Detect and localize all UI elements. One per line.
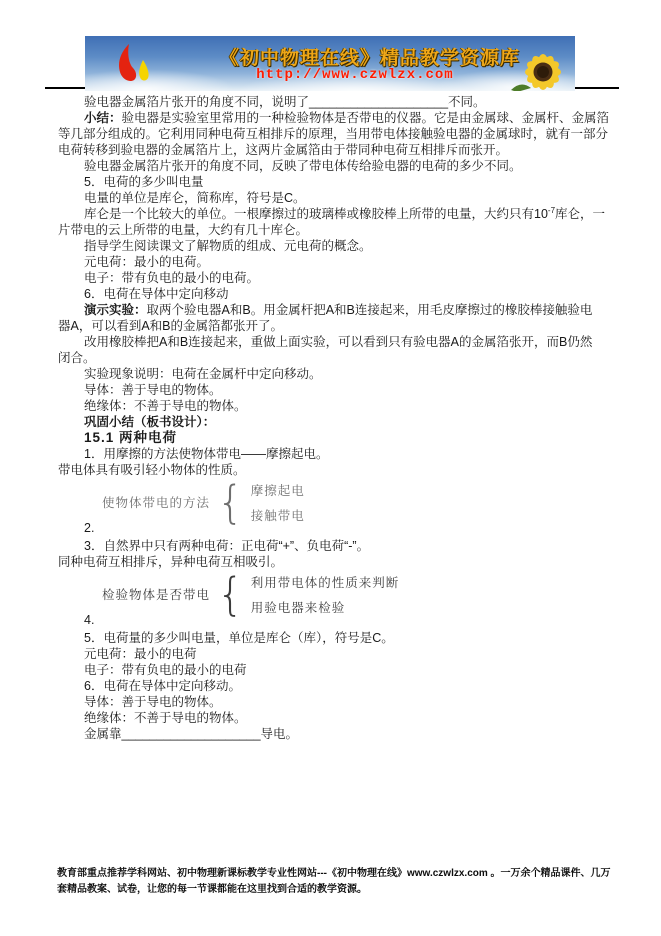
doc-line: 导体：善于导电的物体。 xyxy=(58,382,607,398)
brace-items: 摩擦起电接触带电 xyxy=(251,483,305,524)
doc-line: 电荷转移到验电器的金属箔片上，这两片金属箔由于带同种电荷互相排斥而张开。 xyxy=(58,142,607,158)
doc-line: 实验现象说明：电荷在金属杆中定向移动。 xyxy=(58,366,607,382)
doc-line: 电子：带有负电的最小的电荷 xyxy=(58,662,607,678)
doc-line: 闭合。 xyxy=(58,350,607,366)
document-page: 《初中物理在线》精品教学资源库 http://www.czwlzx.com 验电… xyxy=(0,0,661,936)
brace-diagram: 2.使物体带电的方法{摩擦起电接触带电 xyxy=(58,478,607,538)
doc-line: 等几部分组成的。它利用同种电荷互相排斥的原理，当用带电体接触验电器的金属球时，就… xyxy=(58,126,607,142)
brace-item: 摩擦起电 xyxy=(251,483,305,499)
doc-line: 导体：善于导电的物体。 xyxy=(58,694,607,710)
doc-line: 5．电荷的多少叫电量 xyxy=(58,174,607,190)
doc-line: 元电荷：最小的电荷。 xyxy=(58,254,607,270)
doc-line: 带电体具有吸引轻小物体的性质。 xyxy=(58,462,607,478)
doc-line: 元电荷：最小的电荷 xyxy=(58,646,607,662)
doc-line-bold-prefix: 演示实验： xyxy=(84,303,147,317)
doc-line: 演示实验：取两个验电器A和B。用金属杆把A和B连接起来，用毛皮摩擦过的橡胶棒接触… xyxy=(58,302,607,318)
page-footer: 教育部重点推荐学科网站、初中物理新课标教学专业性网站---《初中物理在线》www… xyxy=(57,866,613,898)
doc-line: 验电器金属箔片张开的角度不同，反映了带电体传给验电器的电荷的多少不同。 xyxy=(58,158,607,174)
doc-line: 电量的单位是库仑，简称库，符号是C。 xyxy=(58,190,607,206)
doc-line: 库仑是一个比较大的单位。一根摩擦过的玻璃棒或橡胶棒上所带的电量，大约只有10-7… xyxy=(58,206,607,222)
site-banner: 《初中物理在线》精品教学资源库 http://www.czwlzx.com xyxy=(85,36,575,91)
doc-line: 5．电荷量的多少叫电量，单位是库仑（库），符号是C。 xyxy=(58,630,607,646)
doc-line: 器A，可以看到A和B的金属箔都张开了。 xyxy=(58,318,607,334)
doc-line-bold-prefix: 小结： xyxy=(84,111,122,125)
curly-brace-glyph: { xyxy=(217,481,244,525)
doc-line: 指导学生阅读课文了解物质的组成、元电荷的概念。 xyxy=(58,238,607,254)
doc-line: 金属靠____________________导电。 xyxy=(58,726,607,742)
brace-label: 使物体带电的方法 xyxy=(102,495,210,511)
brace-label: 检验物体是否带电 xyxy=(102,587,210,603)
doc-line: 同种电荷互相排斥，异种电荷互相吸引。 xyxy=(58,554,607,570)
brace-item: 接触带电 xyxy=(251,508,305,524)
doc-line: 6．电荷在导体中定向移动。 xyxy=(58,678,607,694)
doc-line: 片带电的云上所带的电量，大约有几十库仑。 xyxy=(58,222,607,238)
brace-group: 使物体带电的方法{摩擦起电接触带电 xyxy=(102,482,305,524)
doc-line: 验电器金属箔片张开的角度不同，说明了____________________不同… xyxy=(58,94,607,110)
superscript-exponent: -7 xyxy=(548,206,555,215)
banner-url[interactable]: http://www.czwlzx.com xyxy=(180,67,530,83)
doc-line: 电子：带有负电的最小的电荷。 xyxy=(58,270,607,286)
brace-item: 利用带电体的性质来判断 xyxy=(251,575,400,591)
doc-line: 小结：验电器是实验室里常用的一种检验物体是否带电的仪器。它是由金属球、金属杆、金… xyxy=(58,110,607,126)
list-number: 2. xyxy=(84,520,94,536)
document-body: 验电器金属箔片张开的角度不同，说明了____________________不同… xyxy=(58,94,607,742)
brace-group: 检验物体是否带电{利用带电体的性质来判断用验电器来检验 xyxy=(102,574,399,616)
banner-title: 《初中物理在线》精品教学资源库 xyxy=(180,43,560,70)
doc-line: 6．电荷在导体中定向移动 xyxy=(58,286,607,302)
site-logo-icon xyxy=(107,42,157,86)
doc-line: 15.1 两种电荷 xyxy=(58,430,607,446)
doc-line: 3．自然界中只有两种电荷：正电荷“+”、负电荷“-”。 xyxy=(58,538,607,554)
sunflower-image xyxy=(507,46,573,91)
brace-item: 用验电器来检验 xyxy=(251,600,400,616)
doc-line: 绝缘体：不善于导电的物体。 xyxy=(58,398,607,414)
doc-line: 改用橡胶棒把A和B连接起来，重做上面实验，可以看到只有验电器A的金属箔张开，而B… xyxy=(58,334,607,350)
doc-line: 巩固小结（板书设计）： xyxy=(58,414,607,430)
brace-items: 利用带电体的性质来判断用验电器来检验 xyxy=(251,575,400,616)
doc-line: 1．用摩擦的方法使物体带电——摩擦起电。 xyxy=(58,446,607,462)
curly-brace-glyph: { xyxy=(217,573,244,617)
brace-diagram: 4.检验物体是否带电{利用带电体的性质来判断用验电器来检验 xyxy=(58,570,607,630)
list-number: 4. xyxy=(84,612,94,628)
doc-line: 绝缘体：不善于导电的物体。 xyxy=(58,710,607,726)
